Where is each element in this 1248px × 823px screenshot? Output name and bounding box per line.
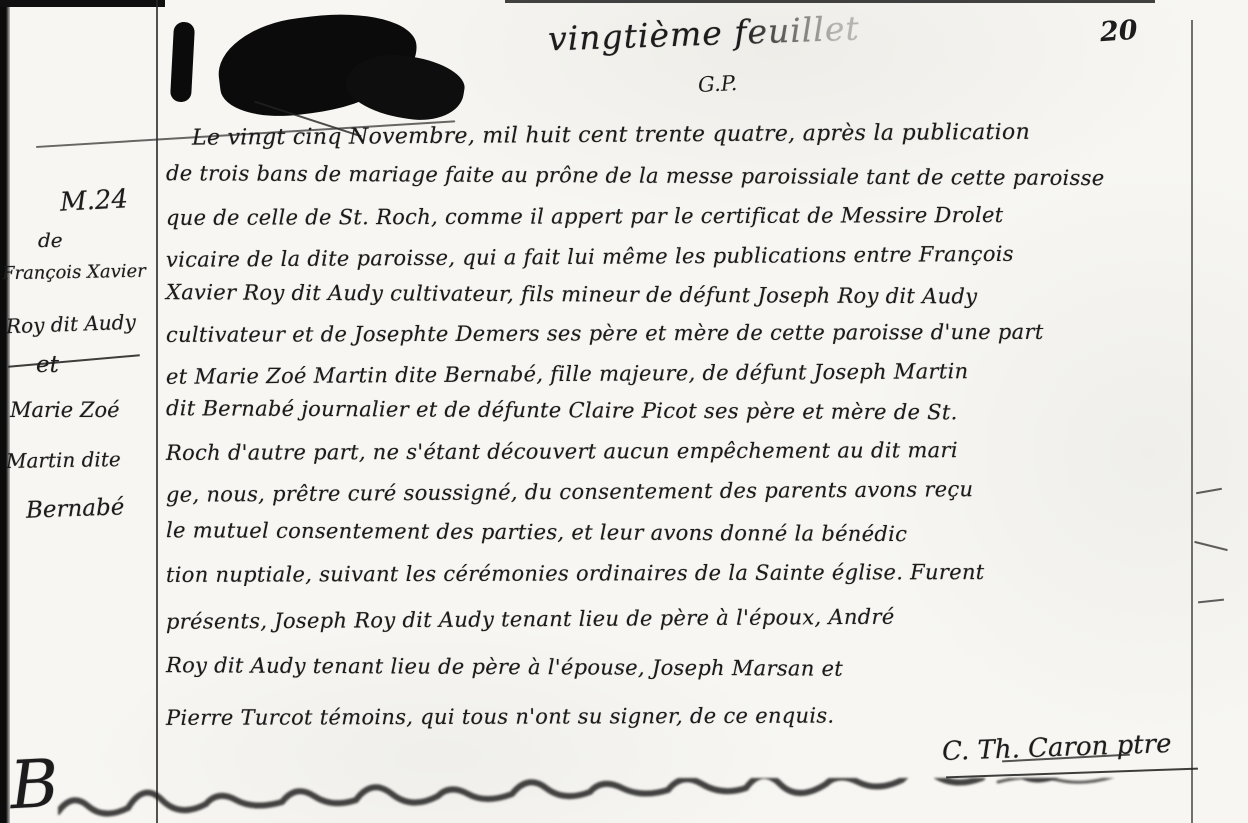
act-text-line: que de celle de St. Roch, comme il apper… — [166, 202, 1244, 230]
scan-edge-top — [505, 0, 1155, 3]
margin-act-number: M.24 — [59, 184, 128, 218]
act-text-line: le mutuel consentement des parties, et l… — [166, 518, 1244, 548]
act-text-line: Pierre Turcot témoins, qui tous n'ont su… — [166, 702, 1244, 730]
cut-off-next-entry-line — [58, 778, 1188, 823]
act-text-line: Le vingt cinq Novembre, mil huit cent tr… — [166, 118, 1248, 151]
act-text-line: vicaire de la dite paroisse, qui a fait … — [166, 240, 1244, 272]
signature-flourish — [946, 768, 1198, 779]
margin-note-line: Marie Zoé — [10, 398, 120, 422]
act-text-line: Roy dit Audy tenant lieu de père à l'épo… — [166, 653, 1244, 683]
scan-edge-left — [0, 0, 10, 823]
act-text-line: présents, Joseph Roy dit Audy tenant lie… — [166, 602, 1244, 634]
folio-title: vingtième feuillet — [547, 9, 860, 59]
act-text-line: Roch d'autre part, ne s'étant découvert … — [166, 437, 1244, 465]
clerk-initials: G.P. — [697, 71, 737, 97]
act-text-line: cultivateur et de Josephte Demers ses pè… — [166, 319, 1244, 347]
act-text-line: dit Bernabé journalier et de défunte Cla… — [166, 396, 1244, 426]
scan-edge-top-left — [0, 0, 165, 7]
pen-stroke — [8, 354, 140, 367]
next-entry-initial: B — [8, 745, 60, 823]
ink-blot-bar — [170, 22, 195, 103]
act-text-line: de trois bans de mariage faite au prône … — [166, 161, 1244, 191]
act-text-line: tion nuptiale, suivant les cérémonies or… — [166, 559, 1244, 587]
page-number: 20 — [1099, 15, 1139, 49]
act-text-line: et Marie Zoé Martin dite Bernabé, fille … — [166, 357, 1244, 389]
margin-note-line: de — [38, 228, 63, 252]
margin-rule-line — [156, 0, 158, 823]
margin-note-line: et — [36, 352, 59, 378]
margin-note-line: Bernabé — [26, 494, 125, 523]
act-text-line: ge, nous, prêtre curé soussigné, du cons… — [166, 475, 1244, 507]
margin-note-line: Roy dit Audy — [6, 310, 137, 339]
priest-signature: C. Th. Caron ptre — [942, 729, 1172, 767]
margin-note-line: François Xavier — [2, 261, 146, 285]
margin-note-line: Martin dite — [6, 447, 121, 473]
scanned-register-page: vingtième feuillet 20 G.P. M.24 de Franç… — [0, 0, 1248, 823]
act-text-line: Xavier Roy dit Audy cultivateur, fils mi… — [166, 280, 1244, 310]
